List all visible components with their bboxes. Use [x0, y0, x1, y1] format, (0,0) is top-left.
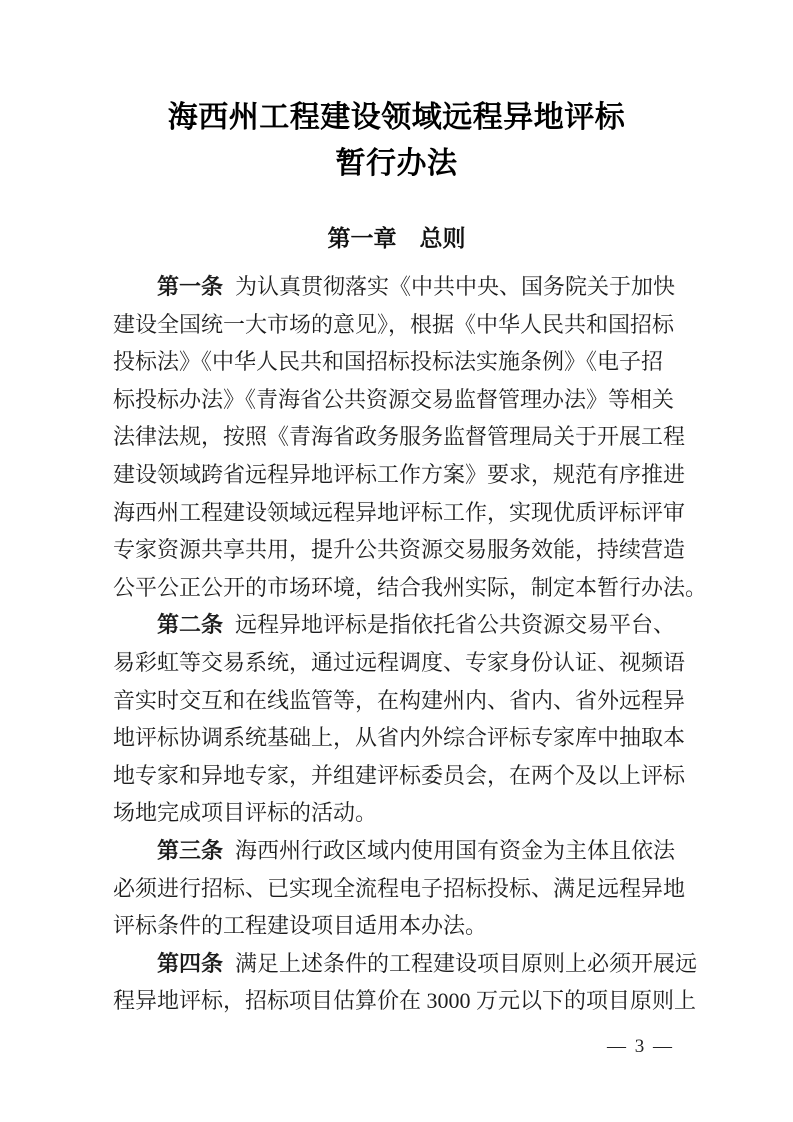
article-label: 第三条 [157, 838, 223, 863]
document-line: 第二条远程异地评标是指依托省公共资源交易平台、 [113, 606, 685, 644]
document-title: 海西州工程建设领域远程异地评标 暂行办法 [0, 95, 793, 187]
document-line: 海西州工程建设领域远程异地评标工作，实现优质评标评审 [113, 494, 685, 532]
document-line: 标投标办法》《青海省公共资源交易监督管理办法》等相关 [113, 381, 685, 419]
document-line: 第四条满足上述条件的工程建设项目原则上必须开展远 [113, 945, 685, 983]
page-number: — 3 — [607, 1036, 674, 1058]
line-text: 海西州行政区域内使用国有资金为主体且依法 [235, 838, 675, 863]
document-line: 法律法规，按照《青海省政务服务监督管理局关于开展工程 [113, 418, 685, 456]
document-line: 第三条海西州行政区域内使用国有资金为主体且依法 [113, 832, 685, 870]
article-label: 第四条 [157, 951, 223, 976]
article-label: 第二条 [157, 612, 223, 637]
document-line: 公平公正公开的市场环境，结合我州实际，制定本暂行办法。 [113, 569, 685, 607]
document-title-line-2: 暂行办法 [0, 141, 793, 187]
document-line: 建设领域跨省远程异地评标工作方案》要求，规范有序推进 [113, 456, 685, 494]
document-line: 专家资源共享共用，提升公共资源交易服务效能，持续营造 [113, 531, 685, 569]
document-line: 地专家和异地专家，并组建评标委员会，在两个及以上评标 [113, 757, 685, 795]
article-label: 第一条 [157, 274, 223, 299]
line-text: 满足上述条件的工程建设项目原则上必须开展远 [235, 951, 697, 976]
line-text: 远程异地评标是指依托省公共资源交易平台、 [235, 612, 675, 637]
document-line: 必须进行招标、已实现全流程电子招标投标、满足远程异地 [113, 870, 685, 908]
document-line: 评标条件的工程建设项目适用本办法。 [113, 907, 685, 945]
document-line: 音实时交互和在线监管等，在构建州内、省内、省外远程异 [113, 682, 685, 720]
document-line: 第一条为认真贯彻落实《中共中央、国务院关于加快 [113, 268, 685, 306]
document-title-line-1: 海西州工程建设领域远程异地评标 [0, 95, 793, 141]
document-body: 第一条为认真贯彻落实《中共中央、国务院关于加快建设全国统一大市场的意见》，根据《… [113, 268, 685, 1020]
document-line: 投标法》《中华人民共和国招标投标法实施条例》《电子招 [113, 343, 685, 381]
document-line: 易彩虹等交易系统，通过远程调度、专家身份认证、视频语 [113, 644, 685, 682]
document-line: 建设全国统一大市场的意见》，根据《中华人民共和国招标 [113, 306, 685, 344]
document-line: 程异地评标，招标项目估算价在 3000 万元以下的项目原则上 [113, 982, 685, 1020]
document-line: 地评标协调系统基础上，从省内外综合评标专家库中抽取本 [113, 719, 685, 757]
chapter-heading: 第一章 总则 [0, 223, 793, 253]
document-line: 场地完成项目评标的活动。 [113, 794, 685, 832]
line-text: 为认真贯彻落实《中共中央、国务院关于加快 [235, 274, 675, 299]
document-page: 海西州工程建设领域远程异地评标 暂行办法 第一章 总则 第一条为认真贯彻落实《中… [0, 0, 793, 1122]
